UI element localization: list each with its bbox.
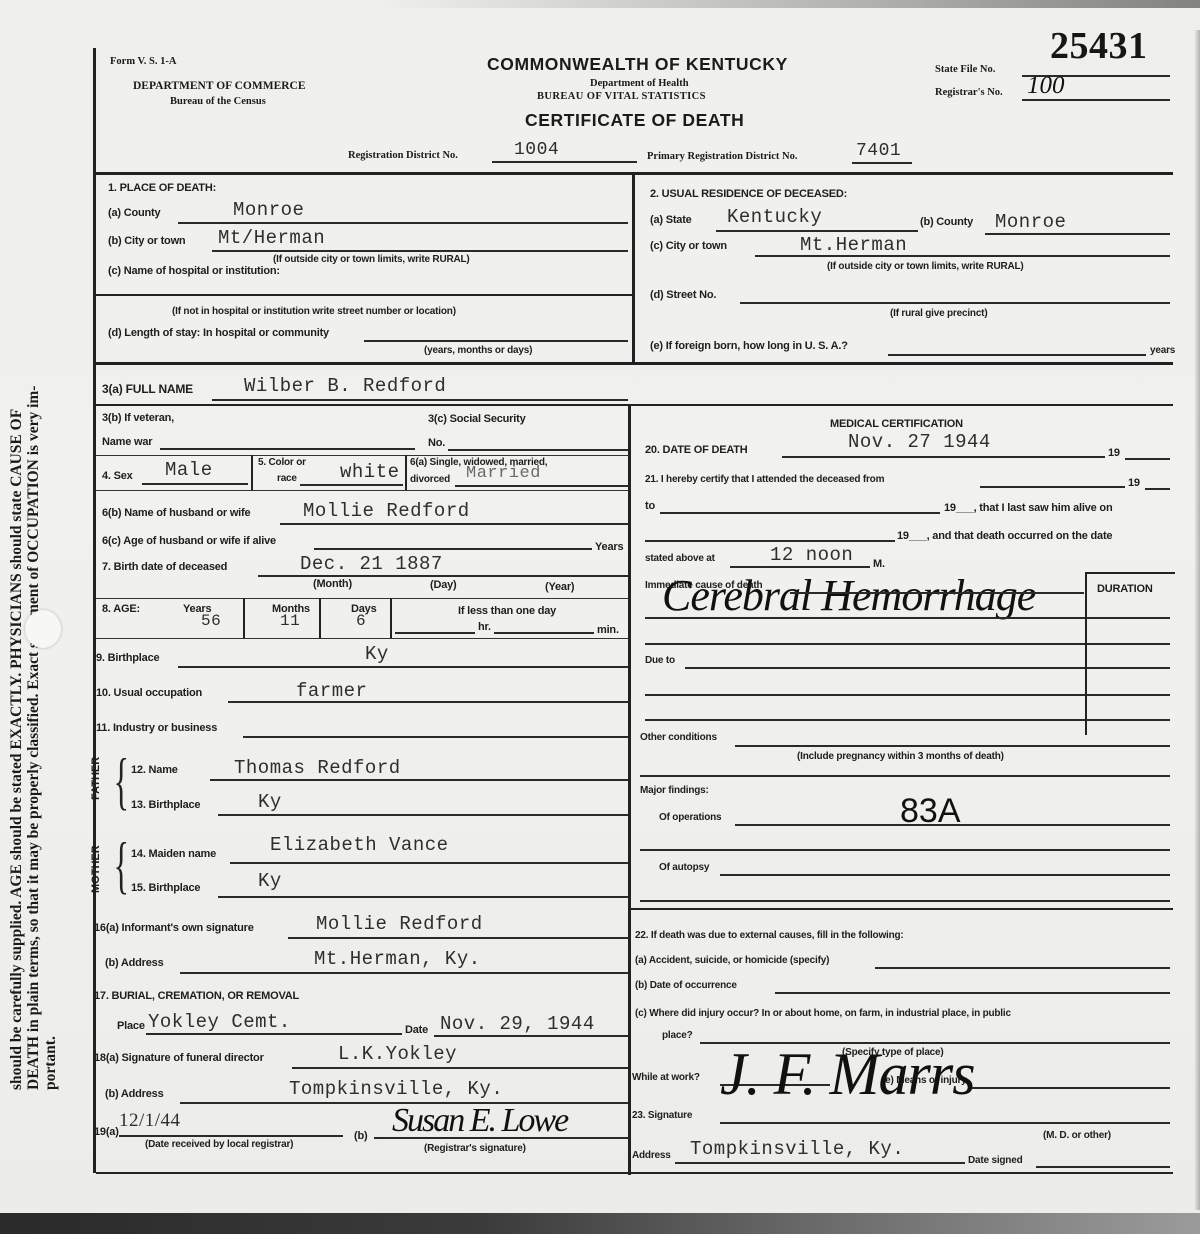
- res-city-note: (If outside city or town limits, write R…: [827, 261, 1024, 272]
- length-of-stay-field[interactable]: [364, 340, 628, 342]
- birth-year-caption: (Year): [545, 581, 574, 593]
- operations-field-2[interactable]: [640, 849, 1170, 851]
- rule-sex-end: [96, 490, 629, 491]
- mother-birthplace-field[interactable]: [218, 896, 628, 898]
- informant-address-field[interactable]: [180, 972, 628, 974]
- file-number-stamp: 25431: [1050, 24, 1148, 68]
- death-county-field[interactable]: [178, 222, 628, 224]
- res-state-field[interactable]: [716, 230, 918, 232]
- veteran-label: 3(b) If veteran,: [102, 412, 174, 424]
- other-conditions-note: (Include pregnancy within 3 months of de…: [797, 751, 1004, 762]
- registrar-no-value: 100: [1027, 72, 1065, 100]
- res-state-label: (a) State: [650, 214, 692, 226]
- last-saw-text: 19___, that I last saw him alive on: [944, 502, 1112, 514]
- father-birthplace-field[interactable]: [218, 814, 628, 816]
- registrar-signature-value: Susan E. Lowe: [392, 1102, 567, 1140]
- while-at-work-label: While at work?: [632, 1072, 700, 1083]
- registrar-signature-caption: (Registrar's signature): [424, 1143, 526, 1154]
- res-street-field[interactable]: [740, 302, 1170, 304]
- certifier-address-value: Tompkinsville, Ky.: [690, 1138, 904, 1160]
- full-name-value: Wilber B. Redford: [244, 375, 446, 397]
- certifier-signature-field[interactable]: [720, 1122, 1170, 1124]
- punch-hole: [25, 610, 61, 648]
- immediate-cause-value: Cerebral Hemorrhage: [662, 570, 1035, 621]
- attended-to-label: to: [645, 500, 655, 512]
- informant-signature-field[interactable]: [288, 937, 628, 939]
- occurrence-field[interactable]: [775, 992, 1170, 994]
- attended-19: 19: [1128, 477, 1140, 489]
- res-city-field[interactable]: [755, 255, 1170, 257]
- spouse-name-value: Mollie Redford: [303, 500, 470, 522]
- birth-date-field[interactable]: [258, 575, 628, 577]
- race-field[interactable]: [300, 484, 403, 486]
- res-county-field[interactable]: [985, 233, 1170, 235]
- rule-section-1-2-end: [96, 362, 1173, 365]
- operations-label: Of operations: [659, 812, 721, 823]
- attended-text: 21. I hereby certify that I attended the…: [645, 474, 884, 485]
- bureau-census-label: Bureau of the Census: [170, 96, 266, 107]
- mother-maiden-field[interactable]: [230, 862, 628, 864]
- birth-date-value: Dec. 21 1887: [300, 553, 443, 575]
- department-label: DEPARTMENT OF COMMERCE: [133, 80, 306, 92]
- registrar-no-field[interactable]: [1022, 99, 1170, 101]
- age-months-divider: [319, 598, 321, 638]
- date-of-death-field[interactable]: [782, 456, 1105, 458]
- usual-residence-title: 2. USUAL RESIDENCE OF DECEASED:: [650, 188, 847, 200]
- informant-signature-label: 16(a) Informant's own signature: [94, 922, 254, 934]
- res-city-label: (c) City or town: [650, 240, 727, 252]
- certifier-address-field[interactable]: [675, 1162, 965, 1164]
- rule-place-split: [96, 294, 632, 296]
- column-divider-main: [628, 405, 631, 1175]
- primary-district-field[interactable]: [852, 162, 912, 164]
- hospital-label: (c) Name of hospital or institution:: [108, 265, 280, 277]
- immediate-cause-field-2[interactable]: [645, 617, 1085, 619]
- full-name-field[interactable]: [212, 399, 628, 401]
- medical-certification-title: MEDICAL CERTIFICATION: [830, 418, 963, 430]
- mother-brace: {: [114, 833, 129, 897]
- birthplace-value: Ky: [365, 643, 389, 665]
- res-county-value: Monroe: [995, 211, 1066, 233]
- street-location-note: (If not in hospital or institution write…: [172, 306, 456, 317]
- due-to-field[interactable]: [685, 667, 1085, 669]
- mother-maiden-label: 14. Maiden name: [131, 848, 216, 860]
- race-marital-divider: [405, 455, 407, 490]
- spouse-age-label: 6(c) Age of husband or wife if alive: [102, 535, 276, 547]
- external-causes-title: 22. If death was due to external causes,…: [635, 930, 904, 941]
- burial-title: 17. BURIAL, CREMATION, OR REMOVAL: [94, 990, 299, 1002]
- age-years-value: 56: [201, 612, 221, 630]
- birthplace-field[interactable]: [178, 666, 628, 668]
- rule-birth-end: [96, 598, 629, 599]
- accident-label: (a) Accident, suicide, or homicide (spec…: [635, 955, 829, 966]
- certifier-signature-label: 23. Signature: [632, 1110, 692, 1121]
- date-of-death-suffix: 19: [1108, 447, 1120, 459]
- name-war-field[interactable]: [160, 448, 415, 450]
- frame-bottom-rule: [96, 1172, 1173, 1174]
- director-address-value: Tompkinsville, Ky.: [289, 1078, 503, 1100]
- age-label: 8. AGE:: [102, 603, 140, 615]
- death-county-value: Monroe: [233, 199, 304, 221]
- column-divider-top: [632, 172, 635, 362]
- social-security-field[interactable]: [448, 449, 628, 451]
- res-county-label: (b) County: [920, 216, 973, 228]
- race-label-1: 5. Color or: [258, 457, 306, 468]
- sex-race-divider: [251, 455, 253, 490]
- date-of-death-label: 20. DATE OF DEATH: [645, 444, 748, 456]
- sex-label: 4. Sex: [102, 470, 133, 482]
- foreign-born-label: (e) If foreign born, how long in U. S. A…: [650, 340, 848, 352]
- attended-from-field[interactable]: [980, 486, 1125, 488]
- duration-box: [1085, 572, 1175, 735]
- other-conditions-field[interactable]: [735, 745, 1170, 747]
- registrar-signature-label: (b): [354, 1130, 367, 1142]
- industry-field[interactable]: [243, 736, 628, 738]
- father-heading: FATHER: [90, 757, 102, 800]
- rule-age-end: [96, 638, 629, 639]
- findings-rule: [640, 775, 1170, 777]
- duration-field-1[interactable]: [1087, 617, 1170, 619]
- foreign-born-field[interactable]: [888, 354, 1146, 356]
- date-signed-label: Date signed: [968, 1155, 1022, 1166]
- funeral-director-field[interactable]: [292, 1067, 628, 1069]
- age-days-value: 6: [356, 612, 366, 630]
- res-street-label: (d) Street No.: [650, 289, 716, 301]
- age-hr-label: hr.: [478, 621, 491, 633]
- scan-edge-shadow-right: [1194, 30, 1200, 1210]
- marital-label-2: divorced: [410, 474, 450, 485]
- age-months-value: 11: [280, 612, 300, 630]
- other-conditions-label: Other conditions: [640, 732, 717, 743]
- age-years-divider: [243, 598, 245, 638]
- due-to-field-2[interactable]: [645, 694, 1085, 696]
- burial-place-field[interactable]: [146, 1033, 402, 1035]
- rule-medical-end: [631, 908, 1173, 910]
- age-days-divider: [390, 598, 392, 638]
- registrar-date-value: 12/1/44: [119, 1110, 181, 1132]
- race-value: white: [340, 461, 400, 483]
- reg-district-value: 1004: [514, 140, 559, 160]
- immediate-cause-field[interactable]: [790, 592, 1084, 594]
- occupation-field[interactable]: [228, 701, 628, 703]
- sex-value: Male: [165, 459, 213, 481]
- registrar-date-label: 19(a): [94, 1126, 119, 1138]
- margin-line-3: portant.: [42, 30, 59, 1100]
- occupation-value: farmer: [296, 680, 367, 702]
- duration-field-5[interactable]: [1087, 719, 1170, 721]
- father-name-label: 12. Name: [131, 764, 178, 776]
- death-city-label: (b) City or town: [108, 235, 185, 247]
- due-to-label: Due to: [645, 655, 675, 666]
- registrar-signature-field[interactable]: [374, 1137, 628, 1139]
- father-brace: {: [114, 749, 129, 813]
- last-saw-field[interactable]: [645, 540, 895, 542]
- state-file-label: State File No.: [935, 64, 995, 75]
- funeral-director-value: L.K.Yokley: [338, 1043, 457, 1065]
- length-of-stay-label: (d) Length of stay: In hospital or commu…: [108, 327, 329, 339]
- duration-field-3[interactable]: [1087, 667, 1170, 669]
- social-security-no-label: No.: [428, 437, 445, 449]
- burial-date-label: Date: [405, 1024, 428, 1036]
- birth-day-caption: (Day): [430, 579, 457, 591]
- certifier-address-label: Address: [632, 1150, 671, 1161]
- death-certificate-scan: should be carefully supplied. AGE should…: [0, 0, 1200, 1234]
- margin-instructions: should be carefully supplied. AGE should…: [8, 30, 78, 1100]
- time-of-death-value: 12 noon: [770, 544, 853, 566]
- department-health-label: Department of Health: [590, 78, 689, 89]
- death-city-note: (If outside city or town limits, write R…: [273, 254, 470, 265]
- means-of-injury-field[interactable]: [972, 1087, 1170, 1089]
- certificate-title: CERTIFICATE OF DEATH: [525, 110, 744, 131]
- where-injury-label: (c) Where did injury occur? In or about …: [635, 1008, 1011, 1019]
- due-to-field-3[interactable]: [645, 719, 1085, 721]
- attended-from-year-field[interactable]: [1145, 488, 1170, 490]
- primary-district-label: Primary Registration District No.: [647, 151, 797, 162]
- form-number: Form V. S. 1-A: [110, 56, 176, 67]
- certifier-signature-value: J. F. Marrs: [720, 1040, 975, 1109]
- occupation-label: 10. Usual occupation: [96, 687, 202, 699]
- time-of-death-suffix: M.: [873, 558, 885, 570]
- scan-edge-shadow-bottom: [0, 1213, 1200, 1234]
- death-occurred-text: 19___, and that death occurred on the da…: [897, 530, 1112, 542]
- industry-label: 11. Industry or business: [96, 722, 217, 734]
- rule-fullname-end: [96, 404, 1173, 406]
- registrar-no-label: Registrar's No.: [935, 87, 1003, 98]
- res-city-value: Mt.Herman: [800, 234, 907, 256]
- major-findings-label: Major findings:: [640, 785, 709, 796]
- duration-field-2[interactable]: [1087, 643, 1170, 645]
- age-min-field[interactable]: [494, 632, 594, 634]
- burial-date-value: Nov. 29, 1944: [440, 1013, 595, 1035]
- birth-month-caption: (Month): [313, 578, 352, 590]
- marital-field[interactable]: [455, 485, 628, 487]
- age-min-label: min.: [597, 624, 619, 636]
- father-birthplace-value: Ky: [258, 791, 282, 813]
- full-name-label: 3(a) FULL NAME: [102, 382, 193, 396]
- registrar-date-field[interactable]: [119, 1135, 343, 1137]
- length-of-stay-note: (years, months or days): [424, 345, 532, 356]
- burial-place-value: Yokley Cemt.: [148, 1011, 291, 1033]
- rule-veteran-end: [96, 455, 629, 456]
- funeral-director-label: 18(a) Signature of funeral director: [94, 1052, 264, 1064]
- father-name-field[interactable]: [210, 779, 628, 781]
- time-of-death-field[interactable]: [730, 566, 870, 568]
- mother-birthplace-label: 15. Birthplace: [131, 882, 200, 894]
- reg-district-field[interactable]: [492, 161, 637, 163]
- informant-address-value: Mt.Herman, Ky.: [314, 948, 481, 970]
- age-hr-field[interactable]: [395, 632, 475, 634]
- registrar-date-caption: (Date received by local registrar): [145, 1139, 293, 1150]
- spouse-name-label: 6(b) Name of husband or wife: [102, 507, 250, 519]
- death-county-label: (a) County: [108, 207, 160, 219]
- spouse-age-field[interactable]: [314, 548, 592, 550]
- name-war-label: Name war: [102, 436, 152, 448]
- birth-date-label: 7. Birth date of deceased: [102, 561, 227, 573]
- injury-place-label: place?: [662, 1030, 692, 1041]
- primary-district-value: 7401: [856, 141, 901, 161]
- autopsy-field[interactable]: [720, 874, 1170, 876]
- father-birthplace-label: 13. Birthplace: [131, 799, 200, 811]
- marital-value: Married: [466, 464, 541, 483]
- spouse-name-field[interactable]: [280, 523, 628, 525]
- date-signed-field[interactable]: [1036, 1166, 1170, 1168]
- informant-address-label: (b) Address: [105, 957, 164, 969]
- accident-field[interactable]: [875, 967, 1170, 969]
- frame-left-rule: [93, 48, 96, 1173]
- sex-field[interactable]: [142, 483, 248, 485]
- autopsy-field-2[interactable]: [640, 900, 1170, 902]
- burial-place-label: Place: [117, 1020, 145, 1032]
- reg-district-label: Registration District No.: [348, 150, 458, 161]
- date-of-death-value: Nov. 27 1944: [848, 431, 991, 453]
- foreign-born-unit: years: [1150, 345, 1175, 356]
- social-security-label: 3(c) Social Security: [428, 413, 526, 425]
- scan-edge-shadow-top: [380, 0, 1200, 8]
- duration-heading: DURATION: [1097, 583, 1153, 595]
- res-state-value: Kentucky: [727, 206, 822, 228]
- mother-heading: MOTHER: [90, 845, 102, 893]
- mother-birthplace-value: Ky: [258, 870, 282, 892]
- informant-signature-value: Mollie Redford: [316, 913, 483, 935]
- immediate-cause-field-3[interactable]: [645, 643, 1085, 645]
- race-label-2: race: [277, 473, 297, 484]
- attended-to-field[interactable]: [660, 512, 940, 514]
- spouse-age-unit: Years: [595, 541, 623, 553]
- res-street-note: (If rural give precinct): [890, 308, 987, 319]
- father-name-value: Thomas Redford: [234, 757, 401, 779]
- death-city-field[interactable]: [212, 250, 628, 252]
- margin-line-1: should be carefully supplied. AGE should…: [8, 30, 25, 1100]
- date-of-death-year-field[interactable]: [1125, 458, 1170, 460]
- mother-maiden-value: Elizabeth Vance: [270, 834, 449, 856]
- occurrence-label: (b) Date of occurrence: [635, 980, 737, 991]
- certifier-signature-caption: (M. D. or other): [1043, 1130, 1111, 1141]
- operations-field[interactable]: [735, 824, 1170, 826]
- duration-field-4[interactable]: [1087, 694, 1170, 696]
- autopsy-label: Of autopsy: [659, 862, 709, 873]
- director-address-label: (b) Address: [105, 1088, 164, 1100]
- age-less-label: If less than one day: [458, 605, 556, 617]
- place-of-death-title: 1. PLACE OF DEATH:: [108, 182, 216, 194]
- margin-line-2: DEATH in plain terms, so that it may be …: [25, 30, 42, 1100]
- stated-above-label: stated above at: [645, 553, 715, 564]
- birthplace-label: 9. Birthplace: [96, 652, 159, 664]
- death-city-value: Mt/Herman: [218, 227, 325, 249]
- state-title: COMMONWEALTH OF KENTUCKY: [487, 54, 788, 75]
- burial-date-field[interactable]: [434, 1035, 628, 1037]
- bureau-vital-label: BUREAU OF VITAL STATISTICS: [537, 91, 706, 102]
